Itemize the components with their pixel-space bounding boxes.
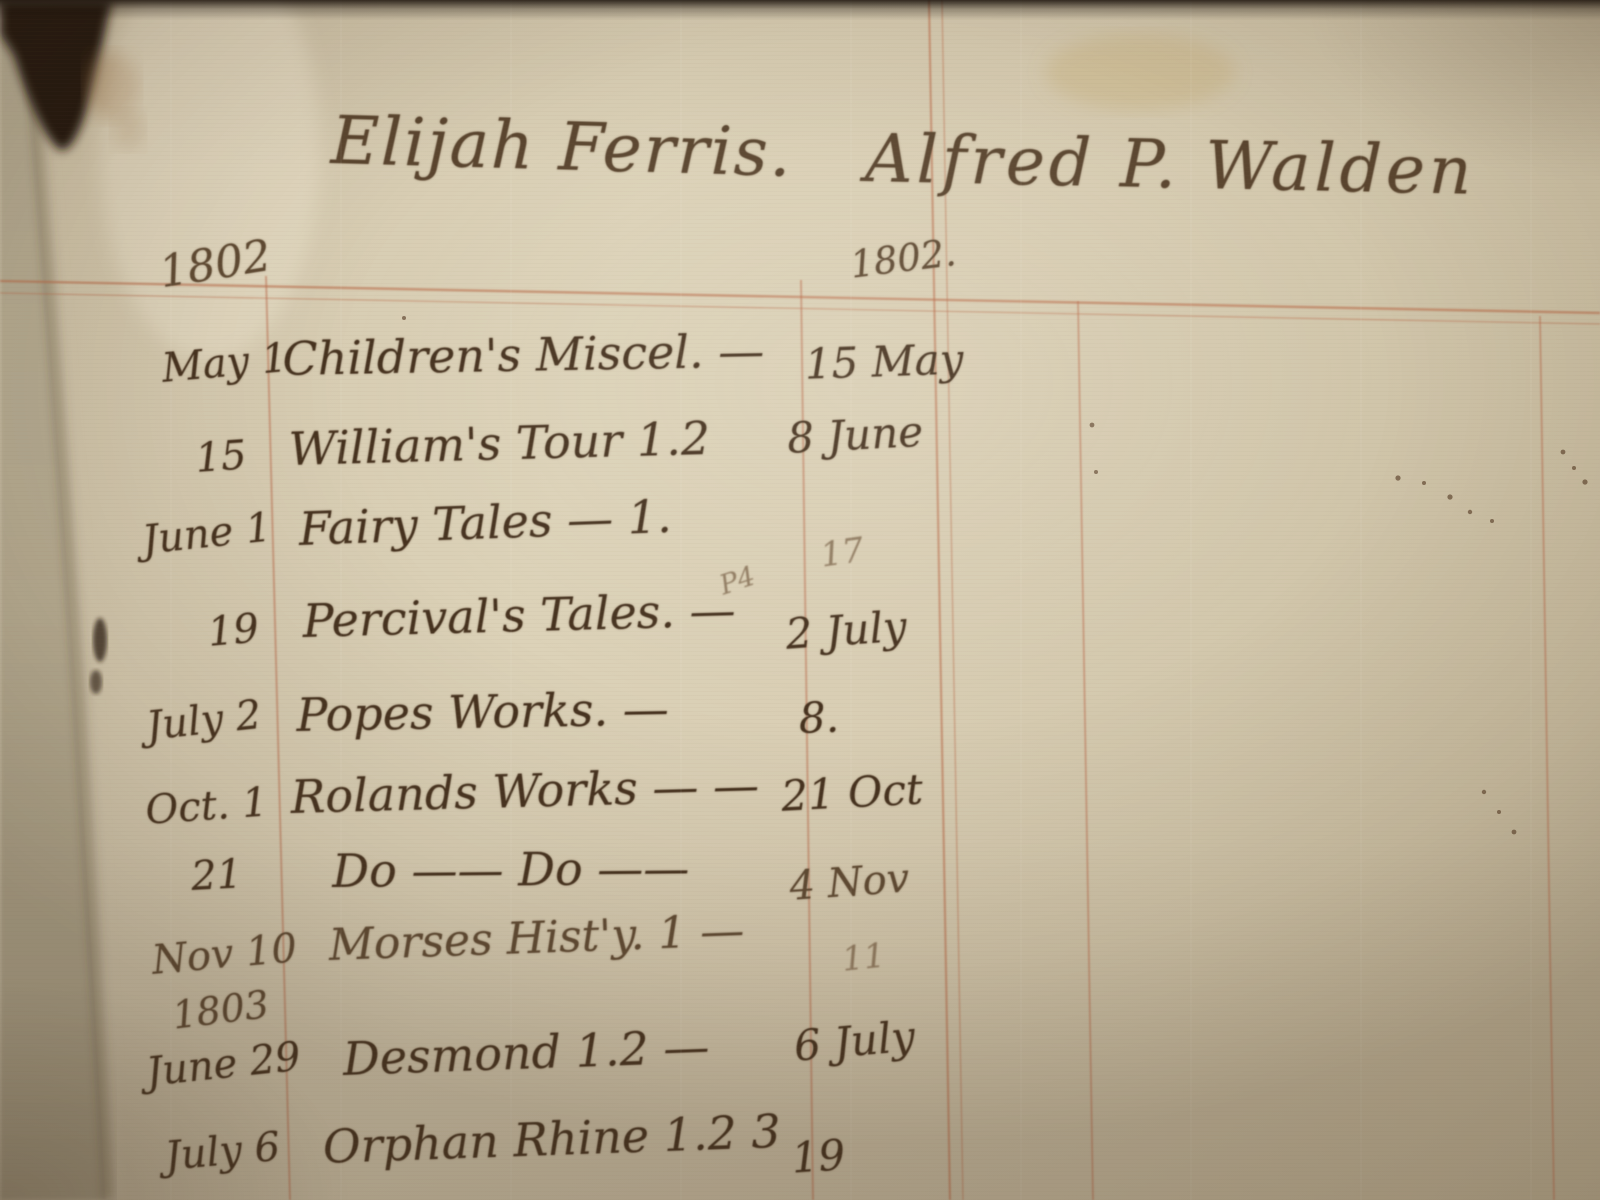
stain-yellow (1045, 34, 1235, 110)
edge-ink-blot (93, 618, 107, 662)
ink-specks (402, 316, 1588, 834)
edge-highlight (100, 0, 320, 360)
ledger-photo: Elijah Ferris. Alfred P. Walden 1802 180… (0, 0, 1600, 1200)
paper-background-art (0, 0, 1600, 1200)
